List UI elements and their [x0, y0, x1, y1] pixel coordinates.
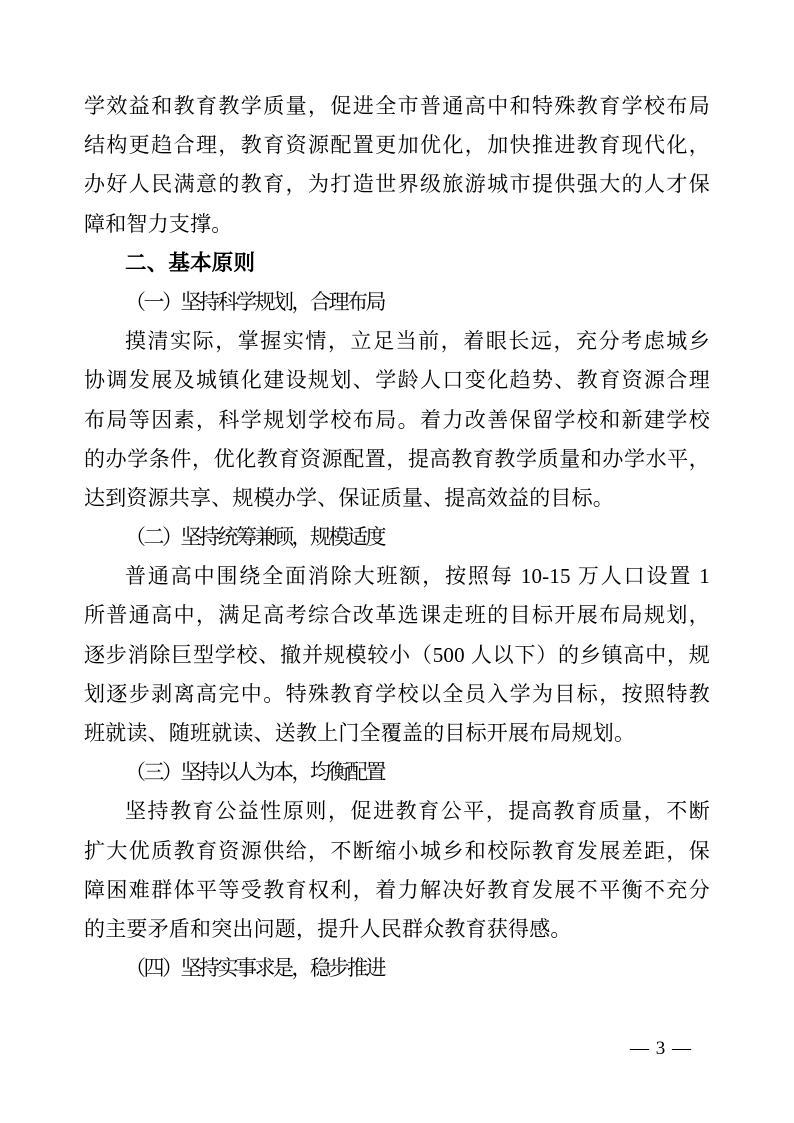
- text-line: 摸清实际，掌握实情，立足当前，着眼长远，充分考虑城乡: [84, 322, 710, 361]
- text-line: （一）坚持科学规划，合理布局: [84, 283, 710, 322]
- text-line: 办好人民满意的教育，为打造世界级旅游城市提供强大的人才保: [84, 165, 710, 204]
- text-line: 的办学条件，优化教育资源配置，提高教育教学质量和办学水平，: [84, 440, 710, 479]
- text-line: 障和智力支撑。: [84, 205, 710, 244]
- text-line: 二、基本原则: [84, 244, 710, 283]
- text-line: 扩大优质教育资源供给，不断缩小城乡和校际教育发展差距，保: [84, 832, 710, 871]
- page-number: — 3 —: [630, 1038, 692, 1060]
- text-line: 学效益和教育教学质量，促进全市普通高中和特殊教育学校布局: [84, 87, 710, 126]
- text-line: 协调发展及城镇化建设规划、学龄人口变化趋势、教育资源合理: [84, 361, 710, 400]
- text-line: 班就读、随班就读、送教上门全覆盖的目标开展布局规划。: [84, 714, 710, 753]
- document-body: 学效益和教育教学质量，促进全市普通高中和特殊教育学校布局结构更趋合理，教育资源配…: [84, 87, 710, 988]
- text-line: 普通高中围绕全面消除大班额，按照每 10-15 万人口设置 1: [84, 557, 710, 596]
- text-line: 划逐步剥离高完中。特殊教育学校以全员入学为目标，按照特教: [84, 675, 710, 714]
- text-line: 所普通高中，满足高考综合改革选课走班的目标开展布局规划，: [84, 596, 710, 635]
- text-line: 障困难群体平等受教育权利，着力解决好教育发展不平衡不充分: [84, 871, 710, 910]
- text-line: （三）坚持以人为本，均衡配置: [84, 753, 710, 792]
- text-line: 达到资源共享、规模办学、保证质量、提高效益的目标。: [84, 479, 710, 518]
- text-line: 布局等因素，科学规划学校布局。着力改善保留学校和新建学校: [84, 401, 710, 440]
- text-line: 的主要矛盾和突出问题，提升人民群众教育获得感。: [84, 910, 710, 949]
- text-line: （二）坚持统筹兼顾，规模适度: [84, 518, 710, 557]
- text-line: 坚持教育公益性原则，促进教育公平，提高教育质量，不断: [84, 792, 710, 831]
- text-line: 逐步消除巨型学校、撤并规模较小（500 人以下）的乡镇高中，规: [84, 636, 710, 675]
- document-page: 学效益和教育教学质量，促进全市普通高中和特殊教育学校布局结构更趋合理，教育资源配…: [0, 0, 794, 1123]
- text-line: （四）坚持实事求是，稳步推进: [84, 949, 710, 988]
- text-line: 结构更趋合理，教育资源配置更加优化，加快推进教育现代化，: [84, 126, 710, 165]
